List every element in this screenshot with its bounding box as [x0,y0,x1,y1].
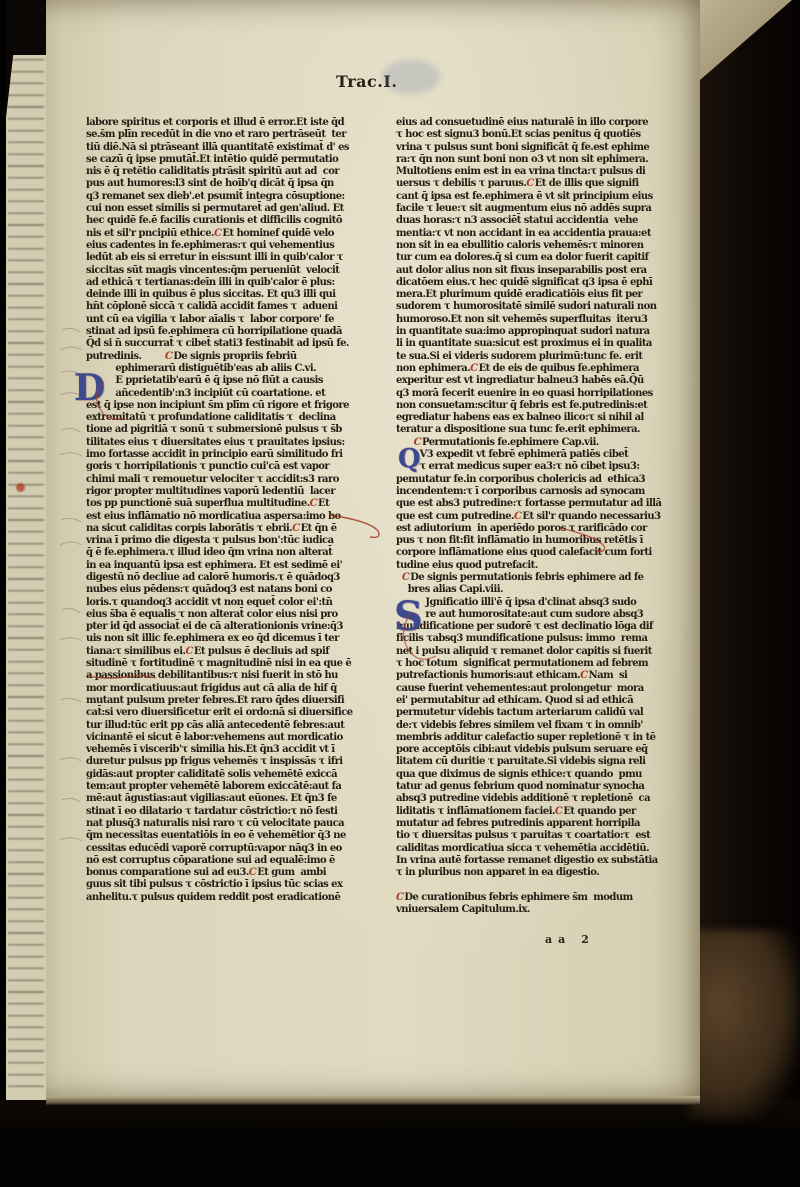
text-line: nat plusq̄3 naturalis nisi raro τ cū vel… [86,818,386,830]
text-line: vrina τ pulsus sunt boni significāt q̄ f… [396,142,696,154]
text-line: q3 remanet sex dieb'.et psumit̄ integra … [86,191,386,203]
text-line: humoroso.Et non sit vehemēs superfluitas… [396,314,696,326]
text-line: cessitas educēdi vaporē corruptū:vapor n… [86,843,386,855]
text-line: litatem cū duritie τ paruitate.Si videbi… [396,756,696,768]
text-line: vrina ī primo die digesta τ pulsus bon':… [86,535,386,547]
text-line: guus sit tibi pulsus τ cōstrictio ī ipsi… [86,879,386,891]
text-line: eius ad consuetudinē eius naturalē in il… [396,117,696,129]
ink-stamp [382,60,440,94]
red-capitulum-mark: C [214,228,222,239]
red-capitulum-mark: C [396,892,404,903]
red-capitulum-mark: C [249,867,257,878]
text-line: labore spiritus et corporis et illud ē e… [86,117,386,129]
text-line: Q̄d si n̄ succurrat̄ τ cibet̄ stati3 fes… [86,338,386,350]
text-line: mutant pulsum preter febres.Et raro q̄de… [86,695,386,707]
text-line: teratur a dispositione sua tunc fe.erit … [396,424,696,436]
text-line: se cazū q̄ ipse pmutāt̄.Et intētio quidē… [86,154,386,166]
text-line: duretur pulsus pp frigus vehemēs τ inspi… [86,756,386,768]
text-line: re aut humorositate:aut cum sudore absq3 [396,609,696,621]
text-line: eius cadentes in fe.ephimeras:τ qui vehe… [86,240,386,252]
text-line: mutatur ad febres putredinis apparent ho… [396,818,696,830]
text-line: aut dolor alius non sit fixus inseparabi… [396,265,696,277]
text-line: τ errat medicus super ea3:τ nō cibet ips… [396,461,696,473]
text-line: nō est corruptus cōparatione sui ad equa… [86,855,386,867]
text-line: duas horas:τ n3 associēt̄ statui acciden… [396,215,696,227]
text-line: non consuetam:scitur q̄ febris est fe.pu… [396,400,696,412]
text-line: q̄ ē fe.ephimera.τ illud ideo q̄m vrina … [86,547,386,559]
text-line: non sit in ea ebullitio caloris vehemēs:… [396,240,696,252]
text-line: putredinis. CDe signis propriis febriū [86,351,386,363]
text-line: incendentem:τ ī corporibus carnosis ad s… [396,486,696,498]
text-line: vniuersalem Capitulum.ix. [396,904,696,916]
text-line: stinat ī eo dilatario τ tardatur cōstric… [86,806,386,818]
facing-page-edge [6,55,46,1100]
illuminated-initial-s: S [394,597,423,637]
red-capitulum-mark: C [185,646,193,657]
text-line: a passionibus debilitantibus:τ nisi fuer… [86,670,386,682]
text-line: ei' permutabitur ad ethicam. Quod si ad … [396,695,696,707]
text-line: pter id q̄d associat̄ ei de cā alteratio… [86,621,386,633]
text-line: deinde illi in quibus ē plus siccitas. E… [86,289,386,301]
text-line: tione ad pigritiā τ sonū τ submersionē p… [86,424,386,436]
text-line: bres alias Capi.viii. [396,584,696,596]
text-line: pemutatur fe.in corporibus cholericis ad… [396,474,696,486]
text-line: q3 morā fecerit euenire in eo quasi horr… [396,388,696,400]
red-capitulum-mark: C [514,511,522,522]
text-line: goris τ horripilationis τ punctio cui'cā… [86,461,386,473]
text-line: nubes eius pēdens:τ quādoq3 est natans b… [86,584,386,596]
text-line: ficilis τabsq3 mundificatione pulsus: im… [396,633,696,645]
text-line: mentia:τ vt non accidant in ea accidenti… [396,228,696,240]
text-line: gidās:aut propter caliditatē solis vehem… [86,769,386,781]
text-line: stinat ad ipsū fe.ephimera cū horripilat… [86,326,386,338]
text-line: tilitates eius τ diuersitates eius τ pra… [86,437,386,449]
text-line: vicinantē ei sicut ē labor:vehemens aut … [86,732,386,744]
text-line: tur illud:tūc erit pp cās aliā anteceden… [86,720,386,732]
text-line: cant q̄ ipsa est fe.ephimera ē vt sit pr… [396,191,696,203]
text-line: de:τ videbis febres similem vel fixam τ … [396,720,696,732]
text-line: non ephimera.CEt de eis de quibus fe.eph… [396,363,696,375]
text-line: unt cū ea vigilia τ labor aīalis τ labor… [86,314,386,326]
text-column-left: labore spiritus et corporis et illud ē e… [86,117,386,904]
text-line: tudine eius quod putrefacit. [396,560,696,572]
text-line: mor mordicatiuus:aut frigidus aut cā ali… [86,683,386,695]
text-line: ad ethicā τ tertianas:deīn illi in quib'… [86,277,386,289]
text-line: CPermutationis fe.ephimere Cap.vii. [396,437,696,449]
red-capitulum-mark: C [470,363,478,374]
text-line: hn̄t cōplonē siccā τ calidā accidit fame… [86,301,386,313]
dark-background-bottom [0,1100,800,1187]
text-line: siccitas sūt magis vincentes:q̄m perueni… [86,265,386,277]
page-stack-edges [688,930,800,1120]
text-line: bonus comparatione sui ad eu3.CEt gum am… [86,867,386,879]
text-line: anhelitu.τ pulsus quidem reddit post era… [86,892,386,904]
text-line: τ hoc est signu3 bonū.Et scias penitus q… [396,129,696,141]
text-line: se.s̄m plīn recedūt in die vno et raro p… [86,129,386,141]
text-line: tem:aut propter vehemētē laborem exiccāt… [86,781,386,793]
text-line: ra:τ q̄n non sunt boni non o3 vt non sit… [396,154,696,166]
text-line: chimi mali τ remouetur velociter τ accid… [86,474,386,486]
text-line: τ hoc totum significat permutationem ad … [396,658,696,670]
text-line: pus aut humores:l3 sint de hoīb'q dicāt … [86,178,386,190]
text-line: CDe signis permutationis febris ephimere… [396,572,696,584]
red-capitulum-mark: C [165,351,173,362]
text-line: li in quantitate sua:sicut est proximus … [396,338,696,350]
text-line: experitur est vt ingrediatur balneu3 hab… [396,375,696,387]
text-column-right: eius ad consuetudinē eius naturalē in il… [396,117,696,916]
text-line: corpore inflāmatione eius quod calefacit… [396,547,696,559]
text-line: situdinē τ fortitudinē τ magnitudinē nis… [86,658,386,670]
text-line: na sicut caliditas corpis laborātis τ eb… [86,523,386,535]
text-line: sudorem τ humorositatē similē sudori nat… [396,301,696,313]
text-line: ephimerarū distiguētib'eas ab aliis C.vi… [86,363,386,375]
text-line: tiana:τ similibus ei.CEt pulsus ē decliu… [86,646,386,658]
text-line: est adiutorium in aperiēdo poros τ rarif… [396,523,696,535]
facing-page-text-bleed [8,59,44,1092]
text-line: tatur ad genus febrium quod nominatur sy… [396,781,696,793]
text-line: caliditas mordicatiua sicca τ vehemētia … [396,843,696,855]
text-line: putrefactionis humoris:aut ethicam.CNam … [396,670,696,682]
text-line: vehemēs ī viscerib'τ similia his.Et q̄n3… [86,744,386,756]
text-line: loris.τ quandoq3 accidit vt non equet̄ c… [86,597,386,609]
red-capitulum-mark: C [580,670,588,681]
text-line: mera.Et plurimum quidē eradicatiōis eius… [396,289,696,301]
text-line: digestū nō decliue ad calorē humoris.τ ē… [86,572,386,584]
text-line: Multotiens enim est in ea vrina tincta:τ… [396,166,696,178]
red-capitulum-mark: C [310,498,318,509]
red-capitulum-mark: C [292,523,300,534]
text-line: absq3 putredine videbis additionē τ repl… [396,793,696,805]
text-line: Jgnificatio illi'ē q̄ ipsa d'clinat absq… [396,597,696,609]
text-line: permutetur videbis tactum arteriarum cal… [396,707,696,719]
red-capitulum-mark: C [402,572,410,583]
illuminated-initial-d: D [74,370,105,406]
text-line [396,879,696,891]
text-line: añcedentib':n3 incipiūt cū coartatione. … [86,388,386,400]
text-line: membris additur calefactio super repleti… [396,732,696,744]
page-bottom-edge [46,1096,700,1105]
text-line: cause fuerint vehementes:aut prolongetur… [396,683,696,695]
text-line: uersus τ debilis τ paruus.CEt de illis q… [396,178,696,190]
text-line: tur cum ea dolores.q̄ si cum ea dolor fu… [396,252,696,264]
text-line: in ea inquantū ipsa est ephimera. Et est… [86,560,386,572]
red-capitulum-mark: C [555,806,563,817]
text-line: egrediatur habens eas ex balneo ilico:τ … [396,412,696,424]
text-line: eius s̄ba ē equalis τ non alterat̄ color… [86,609,386,621]
text-line: imo fortasse accidit in principio earū s… [86,449,386,461]
text-line: E pprietatib'earū ē q̄ ipse nō fiūt a ca… [86,375,386,387]
text-line: tos pp punctionē suā superflua multitudi… [86,498,386,510]
text-line: cat̄:si vero diuersificetur erit ei ordo… [86,707,386,719]
text-line: est eius inflāmatio nō mordicatiua asper… [86,511,386,523]
text-line: tio τ diuersitas pulsus τ paruitas τ coa… [396,830,696,842]
text-line: liditatis τ inflāmationem faciei.CEt qua… [396,806,696,818]
text-line: net i pulsu aliquid τ remanet dolor capi… [396,646,696,658]
text-line: te sua.Si ei videris sudorem plurimū:tun… [396,351,696,363]
red-capitulum-mark: C [526,178,534,189]
text-line: In vrina autē fortasse remanet digestio … [396,855,696,867]
text-line: que est cum putredine.CEt sil'r quando n… [396,511,696,523]
text-line: ledūt ab eis si erretur in eis:sunt illi… [86,252,386,264]
text-line: hec quidē fe.ē facilis curationis et dif… [86,215,386,227]
text-line: V3 expedit vt febrē ephimerā patiēs cibe… [396,449,696,461]
text-line: nis ē q̄ retētio caliditatis ptrāsit spi… [86,166,386,178]
text-line: dicatōem eius.τ hec quidē significat q3 … [396,277,696,289]
book-photograph: Trac.I. labore spiritus et corporis et i… [0,0,800,1187]
text-line: mē:aut āgustias:aut vigilias:aut eūones.… [86,793,386,805]
text-line: mundificatione per sudorē τ est declinat… [396,621,696,633]
text-line: τ in pluribus non apparet in ea digestio… [396,867,696,879]
text-line: qua que diximus de signis ethice:τ quand… [396,769,696,781]
text-line: pus τ non fit:fit inflāmatio in humoribu… [396,535,696,547]
facing-page-rubric-mark [16,483,25,492]
text-line: cui non esset similis si permutaret̄ ad … [86,203,386,215]
text-line: CDe curationibus febris ephimere s̄m mod… [396,892,696,904]
text-line: extremitatū τ profundatione caliditatis … [86,412,386,424]
text-line: nis et sil'r pncipiū ethice.CEt hominef … [86,228,386,240]
text-line: uis non sit illic fe.ephimera ex eo q̄d … [86,633,386,645]
text-line: in quantitate sua:imo appropinquat sudor… [396,326,696,338]
text-line: tiū diē.Nā si ptrāseant illā quantitatē … [86,142,386,154]
illuminated-initial-q: Q [398,446,421,472]
quire-signature: aa 2 [545,933,595,946]
text-line: que est abs3 putredine:τ fortasse permut… [396,498,696,510]
text-line: q̄m necessitas euentatiōis in eo ē vehem… [86,830,386,842]
text-line: pore acceptōis cibi:aut videbis pulsum s… [396,744,696,756]
text-line: facile τ leue:τ sit augmentum eius nō ad… [396,203,696,215]
text-line: est q̄ ipse non incipiunt s̄m plīm cū ri… [86,400,386,412]
text-line: rigor propter multitudines vaporū ledent… [86,486,386,498]
